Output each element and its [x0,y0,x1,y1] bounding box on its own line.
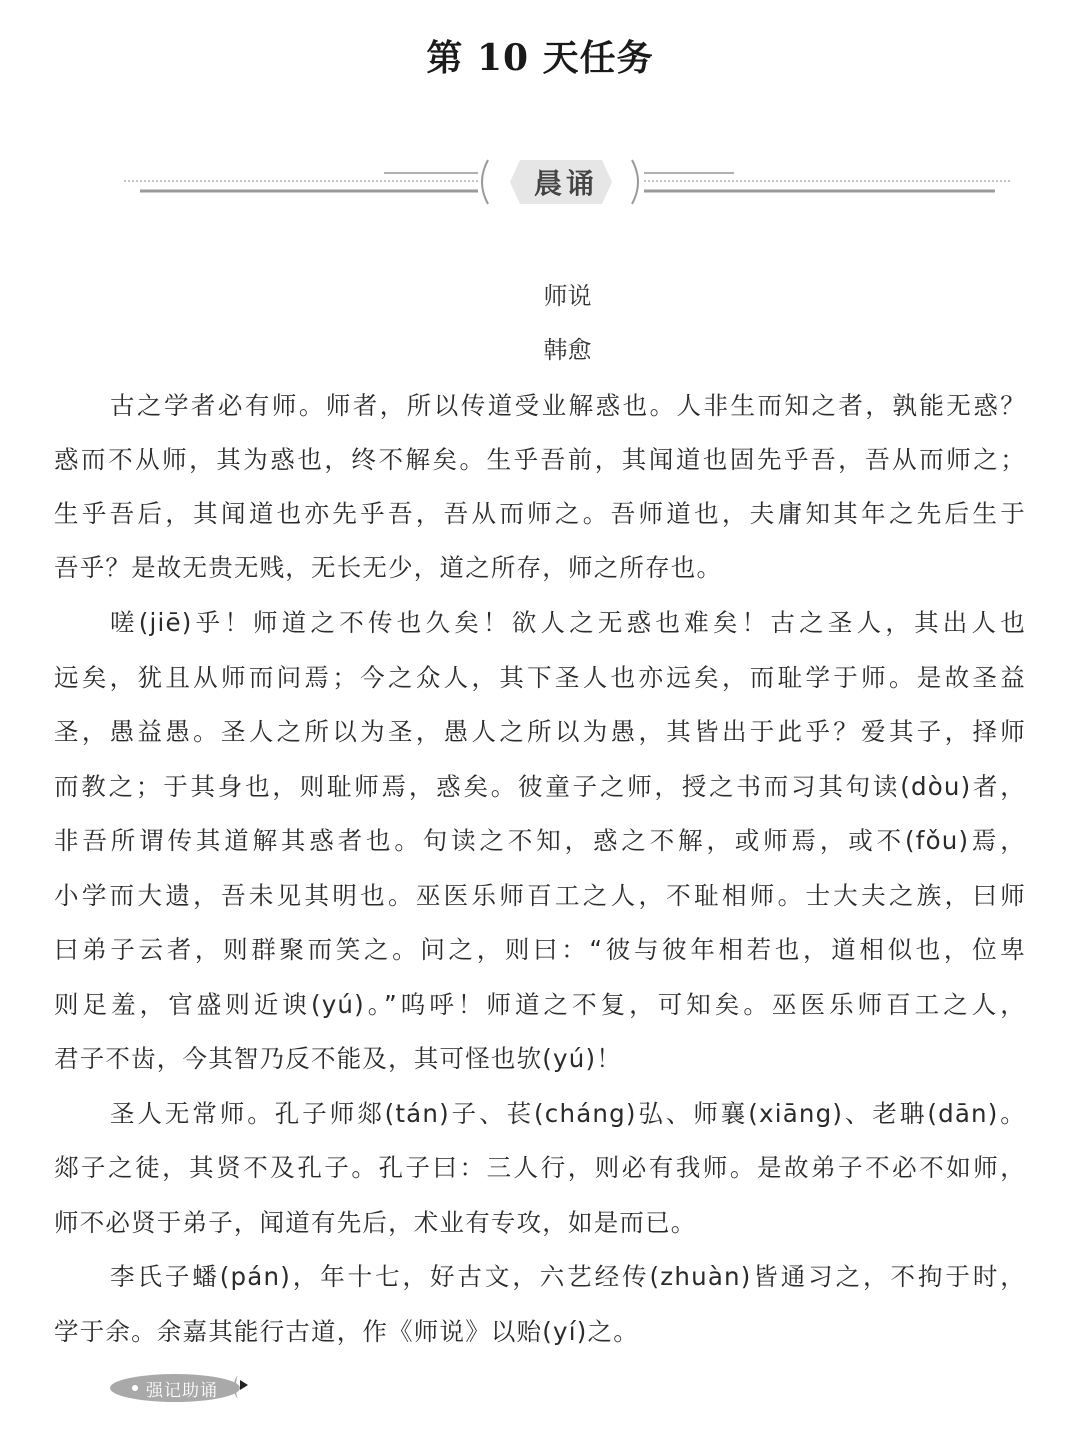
text-line: 惑而不从师，其为惑也，终不解矣。生乎吾前，其闻道也固先乎吾，吾从而师之； [54,440,1026,480]
section-label: 晨诵 [514,162,618,206]
text-line: 则足羞，官盛则近谀(yú)。”呜呼！师道之不复，可知矣。巫医乐师百工之人， [54,985,1026,1025]
poem-title: 师说 [0,278,1080,314]
poem-author: 韩愈 [0,332,1080,368]
text-line: 小学而大遗，吾未见其明也。巫医乐师百工之人，不耻相师。士大夫之族，曰师 [54,876,1026,916]
memo-tag-label: 强记助诵 [146,1376,218,1401]
text-line: 曰弟子云者，则群聚而笑之。问之，则曰：“彼与彼年相若也，道相似也，位卑 [54,930,1026,970]
text-line: 非吾所谓传其道解其惑者也。句读之不知，惑之不解，或师焉，或不(fǒu)焉， [54,821,1026,861]
text-line: 郯子之徒，其贤不及孔子。孔子曰：三人行，则必有我师。是故弟子不必不如师， [54,1148,1026,1188]
text-line: 师不必贤于弟子，闻道有先后，术业有专攻，如是而已。 [54,1203,697,1243]
text-line: 嗟(jiē)乎！师道之不传也久矣！欲人之无惑也难矣！古之圣人，其出人也 [110,603,1026,643]
memo-tag-button[interactable]: 强记助诵 [110,1374,240,1402]
text-line: 吾乎？是故无贵无贱，无长无少，道之所存，师之所存也。 [54,548,722,588]
text-line: 李氏子蟠(pán)，年十七，好古文，六艺经传(zhuàn)皆通习之，不拘于时， [110,1257,1026,1297]
text-line: 学于余。余嘉其能行古道，作《师说》以贻(yí)之。 [54,1312,639,1352]
bullet-dot-icon [132,1385,138,1391]
text-line: 圣，愚益愚。圣人之所以为圣，愚人之所以为愚，其皆出于此乎？爱其子，择师 [54,712,1026,752]
text-line: 而教之；于其身也，则耻师焉，惑矣。彼童子之师，授之书而习其句读(dòu)者， [54,767,1026,807]
play-arrow-icon [240,1380,248,1390]
text-line: 君子不齿，今其智乃反不能及，其可怪也欤(yú)！ [54,1039,622,1079]
page-title: 第 10 天任务 [0,30,1080,86]
text-line: 古之学者必有师。师者，所以传道受业解惑也。人非生而知之者，孰能无惑？ [110,386,1026,426]
section-divider-banner: 晨诵 [110,150,1010,220]
text-line: 远矣，犹且从师而问焉；今之众人，其下圣人也亦远矣，而耻学于师。是故圣益 [54,658,1026,698]
text-line: 圣人无常师。孔子师郯(tán)子、苌(cháng)弘、师襄(xiāng)、老聃(… [110,1094,1026,1134]
text-line: 生乎吾后，其闻道也亦先乎吾，吾从而师之。吾师道也，夫庸知其年之先后生于 [54,494,1026,534]
